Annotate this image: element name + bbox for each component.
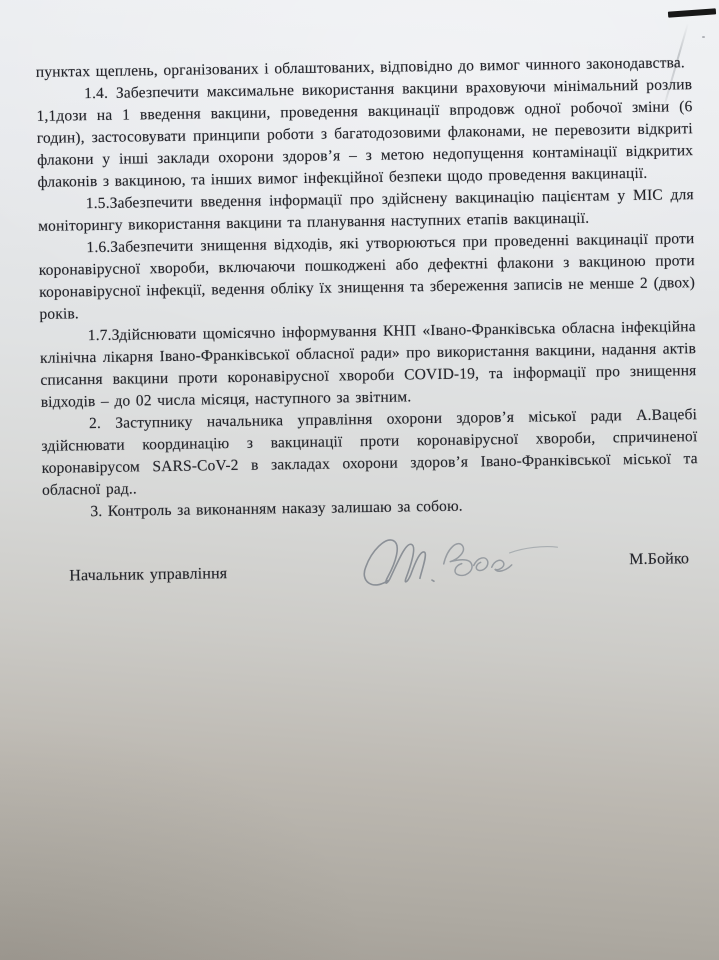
document-photo: пунктах щеплень, організованих і облашто… bbox=[0, 0, 719, 960]
paragraph-1-6: 1.6.Забезпечити знищення відходів, які у… bbox=[38, 228, 695, 326]
signature-block: Начальник управління М.Бойко bbox=[43, 540, 700, 645]
document-body: пунктах щеплень, організованих і облашто… bbox=[36, 52, 701, 645]
paper-edge-mark bbox=[668, 8, 716, 17]
paper-speck bbox=[702, 36, 705, 38]
paragraph-1-4: 1.4. Забезпечити максимальне використанн… bbox=[36, 74, 694, 194]
signer-name: М.Бойко bbox=[629, 548, 689, 571]
position-title: Начальник управління bbox=[69, 563, 227, 587]
handwritten-signature-icon bbox=[355, 528, 571, 593]
paragraph-2: 2. Заступнику начальника управління охор… bbox=[41, 404, 698, 502]
paragraph-1-7: 1.7.Здійснювати щомісячно інформування К… bbox=[40, 316, 697, 414]
